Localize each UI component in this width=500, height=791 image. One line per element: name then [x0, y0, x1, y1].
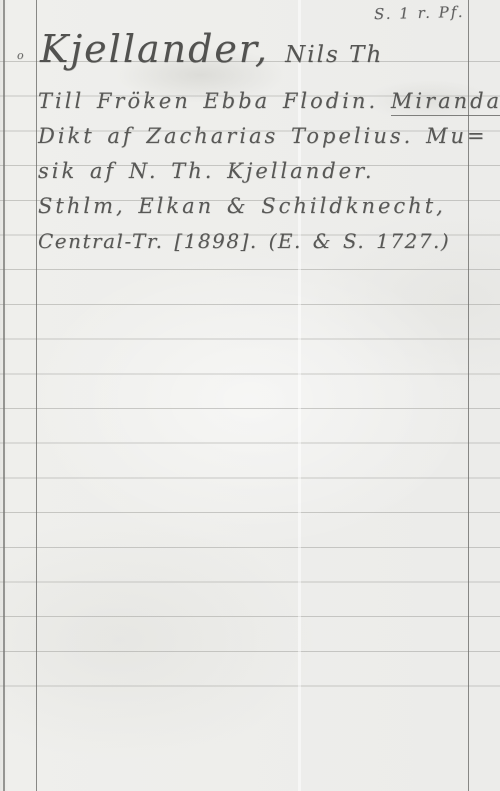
- body-line-composer: sik af N. Th. Kjellander.: [38, 161, 375, 182]
- heading-forename: Nils Th: [285, 42, 383, 68]
- entry-heading: Kjellander, Nils Th: [40, 30, 383, 68]
- paper-seam: [298, 0, 301, 791]
- shelf-mark: S. 1 r. Pf.: [374, 5, 465, 22]
- body-line-dedication: Till Fröken Ebba Flodin. Miranda.: [38, 91, 500, 112]
- left-margin-line: [36, 0, 37, 791]
- catalog-card: S. 1 r. Pf. o Kjellander, Nils Th Till F…: [0, 0, 500, 791]
- dedication-text: Till Fröken Ebba Flodin.: [38, 89, 391, 113]
- body-line-publisher: Sthlm, Elkan & Schildknecht,: [38, 196, 446, 217]
- body-line-imprint: Central-Tr. [1898]. (E. & S. 1727.): [38, 231, 450, 251]
- right-margin-line: [468, 0, 469, 791]
- scan-edge-line: [3, 0, 5, 791]
- heading-surname: Kjellander,: [40, 27, 269, 71]
- work-title-underlined: Miranda.: [391, 89, 500, 116]
- body-line-poet: Dikt af Zacharias Topelius. Mu=: [38, 126, 488, 147]
- margin-dot: o: [17, 50, 24, 61]
